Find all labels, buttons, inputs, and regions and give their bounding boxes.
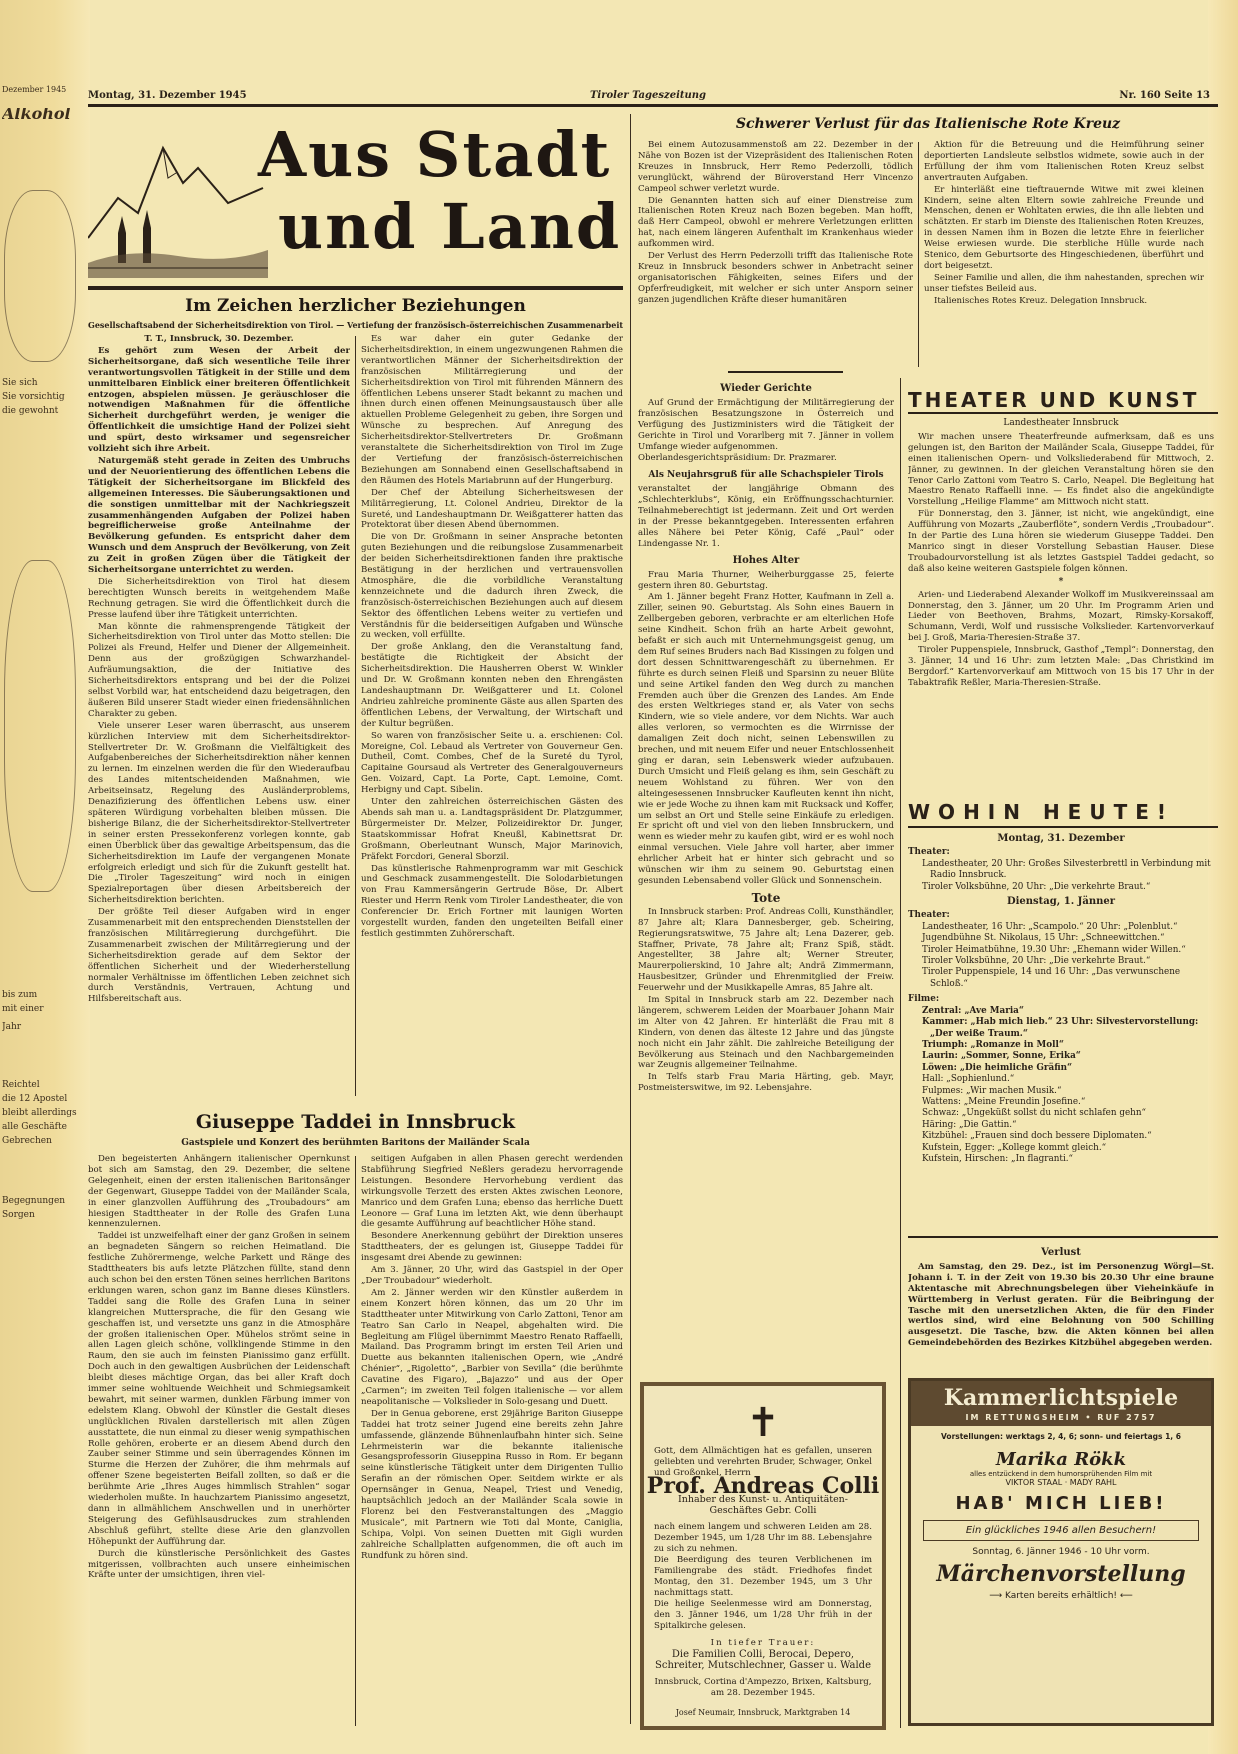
theater-paragraph: Wir machen unsere Theaterfreunde aufmerk… <box>908 432 1214 508</box>
taddei-paragraph: seitigen Aufgaben in allen Phasen gerech… <box>361 1154 623 1230</box>
relations-paragraph: Viele unserer Leser waren überrascht, au… <box>88 721 350 906</box>
relations-paragraph: Die Sicherheitsdirektion von Tirol hat d… <box>88 577 350 621</box>
redcross-paragraph: Bei einem Autozusammenstoß am 22. Dezemb… <box>638 140 913 195</box>
landestheater-heading: Landestheater Innsbruck <box>908 418 1214 429</box>
issue-page-number: Nr. 160 Seite 13 <box>1119 90 1210 101</box>
redcross-signature: Italienisches Rotes Kreuz. Delegation In… <box>924 296 1204 307</box>
category-label: Theater: <box>908 847 1214 858</box>
taddei-column-2: seitigen Aufgaben in allen Phasen gerech… <box>361 1154 623 1724</box>
cross-icon: ✝ <box>644 1400 882 1446</box>
newspaper-page: Montag, 31. Dezember 1945 Tiroler Tagesz… <box>88 86 1218 1726</box>
obituary-title: Inhaber des Kunst- u. Antiquitäten-Gesch… <box>644 1494 882 1516</box>
local-news-column: Wieder Gerichte Auf Grund der Ermächtigu… <box>638 378 894 1378</box>
film-costars: VIKTOR STAAL · MADY RAHL <box>911 1478 1211 1487</box>
obituary-place-date: Innsbruck, Cortina d'Ampezzo, Brixen, Ka… <box>644 1677 882 1699</box>
relations-subhead: Gesellschaftsabend der Sicherheitsdirekt… <box>88 320 623 330</box>
obituary-printer: Josef Neumair, Innsbruck, Marktgraben 14 <box>644 1707 882 1718</box>
new-year-greeting: Ein glückliches 1946 allen Besuchern! <box>923 1520 1199 1541</box>
obituary-text: nach einem langem und schweren Leiden am… <box>644 1522 882 1555</box>
redcross-paragraph: Die Genannten hatten sich auf einer Dien… <box>638 196 913 251</box>
edge-title: Alkohol <box>2 108 82 119</box>
taddei-subhead: Gastspiele und Konzert des berühmten Bar… <box>88 1138 623 1148</box>
category-label: Theater: <box>908 910 1214 921</box>
column-divider <box>355 336 356 1096</box>
redcross-paragraph: Er hinterläßt eine tieftrauernde Witwe m… <box>924 185 1204 272</box>
banner-rule <box>88 286 623 290</box>
film-item: Kitzbühel: „Frauen sind doch bessere Dip… <box>908 1131 1214 1142</box>
cinema-advertisement: Kammerlichtspiele IM RETTUNGSHEIM • RUF … <box>908 1378 1214 1726</box>
relations-paragraph: Die von Dr. Großmann in seiner Ansprache… <box>361 532 623 641</box>
films-label: Filme: <box>908 994 1214 1005</box>
theater-column: Landestheater Innsbruck Wir machen unser… <box>908 418 1214 818</box>
theater-heading: THEATER UND KUNST <box>908 388 1199 412</box>
edge-snippet: Jahr <box>2 1022 82 1033</box>
relations-paragraph: Der Chef der Abteilung Sicherheitswesen … <box>361 488 623 532</box>
theater-paragraph: Tiroler Puppenspiele, Innsbruck, Gasthof… <box>908 645 1214 689</box>
cartoon-figure-illustration <box>4 560 76 892</box>
relations-paragraph: Es war daher ein guter Gedanke der Siche… <box>361 334 623 487</box>
relations-paragraph: Naturgemäß steht gerade in Zeiten des Um… <box>88 456 350 576</box>
relations-paragraph: Das künstlerische Rahmenprogramm war mit… <box>361 864 623 940</box>
courts-signature: Oberlandesgerichtspräsidium: Dr. Prazmar… <box>638 453 894 464</box>
film-item: Laurin: „Sommer, Sonne, Erika“ <box>908 1051 1214 1062</box>
tickets-note: ⟶ Karten bereits erhältlich! ⟵ <box>911 1591 1211 1601</box>
issue-date: Montag, 31. Dezember 1945 <box>88 90 247 101</box>
taddei-paragraph: Durch die künstlerische Persönlichkeit d… <box>88 1549 350 1582</box>
taddei-headline: Giuseppe Taddei in Innsbruck <box>88 1111 623 1133</box>
obituary-text: Die heilige Seelenmesse wird am Donnerst… <box>644 1599 882 1632</box>
banner-title-line1: Aus Stadt <box>258 118 611 191</box>
listing-item: Landestheater, 20 Uhr: Großes Silvesterb… <box>908 859 1214 882</box>
deaths-heading: Tote <box>638 893 894 904</box>
deaths-paragraph: In Telfs starb Frau Maria Härting, geb. … <box>638 1072 894 1094</box>
deaths-paragraph: In Innsbruck starben: Prof. Andreas Coll… <box>638 907 894 994</box>
cinema-showtimes: Vorstellungen: werktags 2, 4, 6; sonn- u… <box>911 1432 1211 1441</box>
relations-column-2: Es war daher ein guter Gedanke der Siche… <box>361 334 623 1094</box>
day-heading: Montag, 31. Dezember <box>908 833 1214 844</box>
edge-snippet: Sorgen <box>2 1210 82 1221</box>
edge-snippet: alle Geschäfte <box>2 1122 82 1133</box>
listing-item: Tiroler Volksbühne, 20 Uhr: „Die verkehr… <box>908 956 1214 967</box>
lost-heading: Verlust <box>908 1248 1214 1259</box>
tickets-text: Karten bereits erhältlich! <box>1005 1591 1117 1601</box>
cinema-name: Kammerlichtspiele <box>911 1381 1211 1413</box>
relations-column-1: T. T., Innsbruck, 30. Dezember. Es gehör… <box>88 334 350 1094</box>
event-listings: Montag, 31. Dezember Theater: Landesthea… <box>908 830 1214 1165</box>
relations-headline: Im Zeichen herzlicher Beziehungen <box>88 296 623 316</box>
obituary-families: Die Familien Colli, Berocai, Depero, Sch… <box>644 1649 882 1671</box>
courts-heading: Wieder Gerichte <box>638 384 894 395</box>
relations-dateline: T. T., Innsbruck, 30. Dezember. <box>88 334 350 345</box>
relations-paragraph: Der große Anklang, den die Veranstaltung… <box>361 642 623 729</box>
redcross-column-2: Aktion für die Betreuung und die Heimfüh… <box>924 140 1204 365</box>
theater-paragraph: Für Donnerstag, den 3. Jänner, ist nicht… <box>908 509 1214 574</box>
masthead: Montag, 31. Dezember 1945 Tiroler Tagesz… <box>88 86 1218 106</box>
edge-date: Dezember 1945 <box>2 84 82 95</box>
masthead-rule <box>88 104 1218 107</box>
chess-text: veranstaltet der langjährige Obmann des … <box>638 484 894 549</box>
film-item: Wattens: „Meine Freundin Josefine.“ <box>908 1097 1214 1108</box>
theater-paragraph: Arien- und Liederabend Alexander Wolkoff… <box>908 590 1214 645</box>
separator-asterisk: * <box>908 577 1214 588</box>
section-divider <box>900 378 901 1728</box>
obituary-name: Prof. Andreas Colli <box>644 1481 882 1492</box>
obituary-mourning: In tiefer Trauer: <box>644 1638 882 1649</box>
arrow-right-icon: ⟶ <box>989 1591 1005 1601</box>
edge-snippet: Gebrechen <box>2 1136 82 1147</box>
wohin-heute-heading: WOHIN HEUTE! <box>908 800 1174 824</box>
lost-text: Am Samstag, den 29. Dez., ist im Persone… <box>908 1262 1214 1349</box>
newspaper-name: Tiroler Tageszeitung <box>538 90 758 101</box>
short-rule <box>728 371 843 373</box>
film-title: HAB' MICH LIEB! <box>911 1493 1211 1514</box>
age-paragraph: Am 1. Jänner begeht Franz Hotter, Kaufma… <box>638 592 894 886</box>
taddei-paragraph: Den begeisterten Anhängern italienischer… <box>88 1154 350 1230</box>
banner-title-line2: und Land <box>278 190 621 263</box>
special-show-title: Märchenvorstellung <box>911 1561 1211 1587</box>
film-item: Kammer: „Hab mich lieb.“ 23 Uhr: Silvest… <box>908 1017 1214 1040</box>
age-heading: Hohes Alter <box>638 556 894 567</box>
obituary-text: Die Beerdigung des teuren Verblichenen i… <box>644 1555 882 1599</box>
edge-snippet: Reichtel <box>2 1080 82 1091</box>
section-banner: Aus Stadt und Land <box>88 114 623 284</box>
edge-snippet: bleibt allerdings <box>2 1108 82 1119</box>
film-item: Schwaz: „Ungeküßt sollst du nicht schlaf… <box>908 1108 1214 1119</box>
taddei-column-1: Den begeisterten Anhängern italienischer… <box>88 1154 350 1724</box>
edge-snippet: Sie vorsichtig <box>2 392 82 403</box>
redcross-column-1: Bei einem Autozusammenstoß am 22. Dezemb… <box>638 140 913 365</box>
taddei-paragraph: Besondere Anerkennung gebührt der Direkt… <box>361 1231 623 1264</box>
edge-snippet: die 12 Apostel <box>2 1094 82 1105</box>
day-heading: Dienstag, 1. Jänner <box>908 896 1214 907</box>
theater-rule <box>908 412 1218 414</box>
film-item: Triumph: „Romanze in Moll“ <box>908 1040 1214 1051</box>
adjacent-page-edge: Dezember 1945 Alkohol Sie sich Sie vorsi… <box>0 0 90 1754</box>
relations-paragraph: Es gehört zum Wesen der Arbeit der Siche… <box>88 346 350 455</box>
taddei-paragraph: Taddei ist unzweifelhaft einer der ganz … <box>88 1231 350 1547</box>
cartoon-figure-illustration <box>4 190 76 362</box>
arrow-left-icon: ⟵ <box>1117 1591 1133 1601</box>
listings-rule <box>908 1236 1218 1238</box>
relations-paragraph: Der größte Teil dieser Aufgaben wird in … <box>88 907 350 1005</box>
listing-item: Tiroler Puppenspiele, 14 und 16 Uhr: „Da… <box>908 967 1214 990</box>
lost-notice: Verlust Am Samstag, den 29. Dez., ist im… <box>908 1242 1214 1372</box>
redcross-headline: Schwerer Verlust für das Italienische Ro… <box>638 116 1218 132</box>
taddei-paragraph: Der in Genua geborene, erst 29jährige Ba… <box>361 1409 623 1562</box>
edge-snippet: mit einer <box>2 1004 82 1015</box>
edge-snippet: Begegnungen <box>2 1196 82 1207</box>
film-star: Marika Rökk <box>911 1449 1211 1470</box>
redcross-paragraph: Seiner Familie und allen, die ihm nahest… <box>924 273 1204 295</box>
column-divider <box>355 1156 356 1726</box>
redcross-paragraph: Der Verlust des Herrn Pederzolli trifft … <box>638 251 913 306</box>
film-item: Häring: „Die Gattin.“ <box>908 1120 1214 1131</box>
listing-item: Jugendbühne St. Nikolaus, 15 Uhr: „Schne… <box>908 933 1214 944</box>
edge-snippet: Sie sich <box>2 378 82 389</box>
taddei-paragraph: Am 3. Jänner, 20 Uhr, wird das Gastspiel… <box>361 1265 623 1287</box>
wohin-rule <box>908 826 1218 828</box>
relations-paragraph: Unter den zahlreichen österreichischen G… <box>361 797 623 862</box>
film-item: Kufstein, Egger: „Kollege kommt gleich.“ <box>908 1143 1214 1154</box>
cinema-address: IM RETTUNGSHEIM • RUF 2757 <box>911 1413 1211 1426</box>
edge-snippet: die gewohnt <box>2 406 82 417</box>
listing-item: Landestheater, 16 Uhr: „Scampolo.“ 20 Uh… <box>908 922 1214 933</box>
relations-paragraph: Man könnte die rahmensprengende Tätigkei… <box>88 622 350 720</box>
taddei-paragraph: Am 2. Jänner werden wir den Künstler auß… <box>361 1288 623 1408</box>
special-show-date: Sonntag, 6. Jänner 1946 - 10 Uhr vorm. <box>911 1547 1211 1557</box>
deaths-paragraph: Im Spital in Innsbruck starb am 22. Deze… <box>638 995 894 1071</box>
film-description: alles entzückend in dem humorsprühenden … <box>911 1470 1211 1478</box>
relations-paragraph: So waren von französischer Seite u. a. e… <box>361 731 623 796</box>
listing-item: Tiroler Heimatbühne, 19.30 Uhr: „Ehemann… <box>908 945 1214 956</box>
courts-text: Auf Grund der Ermächtigung der Militärre… <box>638 398 894 453</box>
age-paragraph: Frau Maria Thurner, Weiherburggasse 25, … <box>638 570 894 592</box>
chess-heading: Als Neujahrsgruß für alle Schachspieler … <box>638 470 894 481</box>
edge-snippet: bis zum <box>2 990 82 1001</box>
film-item: Löwen: „Die heimliche Gräfin“ <box>908 1063 1214 1074</box>
film-item: Kufstein, Hirschen: „In flagranti.“ <box>908 1154 1214 1165</box>
obituary-box: ✝ Gott, dem Allmächtigen hat es gefallen… <box>640 1382 886 1730</box>
film-item: Fulpmes: „Wir machen Musik.“ <box>908 1086 1214 1097</box>
mountain-town-illustration <box>88 128 268 278</box>
section-divider <box>630 114 631 1724</box>
listing-item: Tiroler Volksbühne, 20 Uhr: „Die verkehr… <box>908 882 1214 893</box>
film-item: Zentral: „Ave Maria“ <box>908 1006 1214 1017</box>
redcross-paragraph: Aktion für die Betreuung und die Heimfüh… <box>924 140 1204 184</box>
film-item: Hall: „Sophienlund.“ <box>908 1074 1214 1085</box>
column-divider <box>918 142 919 367</box>
